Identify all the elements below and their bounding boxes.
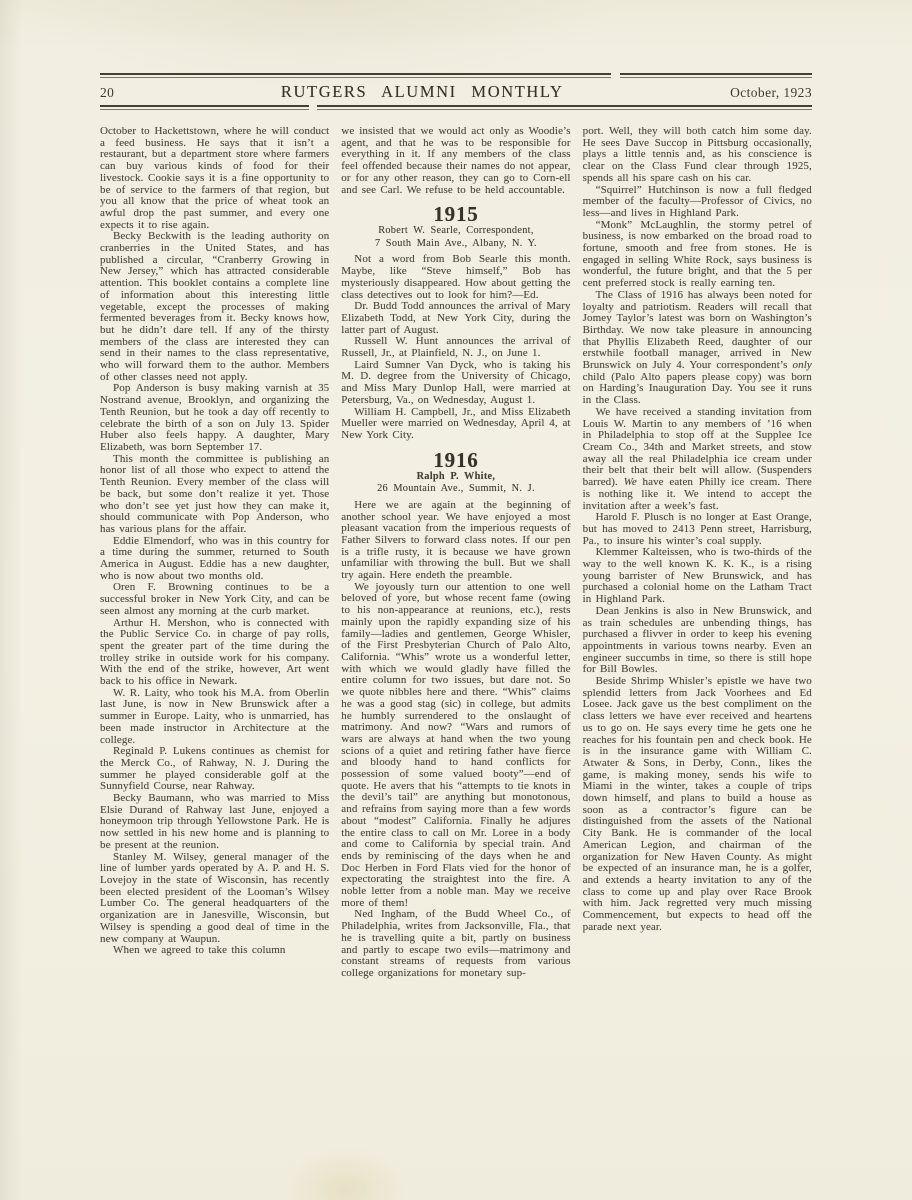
paragraph: we insisted that we would act only as Wo… [341, 126, 570, 196]
paragraph: Beside Shrimp Whisler’s epistle we have … [583, 676, 812, 933]
page-number: 20 [100, 85, 114, 101]
column-2: we insisted that we would act only as Wo… [341, 126, 570, 1166]
paragraph: Not a word from Bob Searle this month. M… [341, 254, 570, 301]
paragraph: Laird Sumner Van Dyck, who is taking his… [341, 360, 570, 407]
page-header: 20 RUTGERS ALUMNI MONTHLY October, 1923 [100, 73, 812, 110]
column-3: port. Well, they will both catch him som… [583, 126, 812, 1166]
italic-word: We [624, 476, 637, 488]
header-rule-top [100, 73, 812, 78]
paragraph: Becky Baumann, who was married to Miss E… [100, 793, 329, 852]
running-head: 20 RUTGERS ALUMNI MONTHLY October, 1923 [100, 78, 812, 105]
paragraph: William H. Campbell, Jr., and Miss Eliza… [341, 407, 570, 442]
paragraph: This month the committee is publishing a… [100, 454, 329, 536]
section-heading-1915: 1915 Robert W. Searle, Correspondent, 7 … [341, 203, 570, 250]
issue-date: October, 1923 [730, 85, 812, 101]
paragraph: We joyously turn our attention to one we… [341, 582, 570, 910]
paragraph: When we agreed to take this column [100, 945, 329, 957]
page-title: RUTGERS ALUMNI MONTHLY [281, 82, 564, 102]
paragraph: port. Well, they will both catch him som… [583, 126, 812, 185]
paragraph: Klemmer Kalteissen, who is two-thirds of… [583, 547, 812, 606]
rule-segment [100, 73, 611, 78]
text-columns: October to Hackettstown, where he will c… [100, 126, 812, 1166]
paragraph: Here we are again at the beginning of an… [341, 500, 570, 582]
section-heading-1916: 1916 Ralph P. White, 26 Mountain Ave., S… [341, 449, 570, 496]
correspondent-name: Ralph P. White, [341, 471, 570, 484]
paragraph-text: child (Palo Alto papers please copy) was… [583, 371, 812, 406]
class-year-heading: 1916 [341, 449, 570, 471]
rule-segment [620, 73, 812, 78]
paragraph: “Monk” McLaughlin, the stormy petrel of … [583, 220, 812, 290]
paragraph-text: The Class of 1916 has always been noted … [583, 289, 812, 371]
paragraph: October to Hackettstown, where he will c… [100, 126, 329, 231]
italic-word: only [793, 359, 812, 371]
paragraph: Ned Ingham, of the Budd Wheel Co., of Ph… [341, 909, 570, 979]
paragraph: Dr. Budd Todd announces the arrival of M… [341, 301, 570, 336]
class-year-heading: 1915 [341, 203, 570, 225]
paragraph: We have received a standing invitation f… [583, 407, 812, 512]
rule-segment [100, 105, 309, 110]
correspondent-address: 26 Mountain Ave., Summit, N. J. [341, 483, 570, 496]
paragraph: Harold F. Plusch is no longer at East Or… [583, 512, 812, 547]
column-1: October to Hackettstown, where he will c… [100, 126, 329, 1166]
paragraph: “Squirrel” Hutchinson is now a full fled… [583, 185, 812, 220]
paragraph: W. R. Laity, who took his M.A. from Ober… [100, 688, 329, 747]
paragraph: Arthur H. Mershon, who is connected with… [100, 618, 329, 688]
rule-segment [317, 105, 812, 110]
correspondent-name: Robert W. Searle, Correspondent, [341, 225, 570, 238]
paragraph: The Class of 1916 has always been noted … [583, 290, 812, 407]
correspondent-address: 7 South Main Ave., Albany, N. Y. [341, 238, 570, 251]
paragraph: Reginald P. Lukens continues as chemist … [100, 746, 329, 793]
paragraph: Stanley M. Wilsey, general manager of th… [100, 852, 329, 946]
paragraph: Dean Jenkins is also in New Brunswick, a… [583, 606, 812, 676]
paragraph: Russell W. Hunt announces the arrival of… [341, 336, 570, 359]
paragraph: Oren F. Browning continues to be a succe… [100, 582, 329, 617]
paragraph: Pop Anderson is busy making varnish at 3… [100, 383, 329, 453]
magazine-page: 20 RUTGERS ALUMNI MONTHLY October, 1923 … [0, 0, 912, 1200]
paragraph: Becky Beckwith is the leading authority … [100, 231, 329, 383]
header-rule-bottom [100, 105, 812, 110]
paragraph: Eddie Elmendorf, who was in this country… [100, 536, 329, 583]
